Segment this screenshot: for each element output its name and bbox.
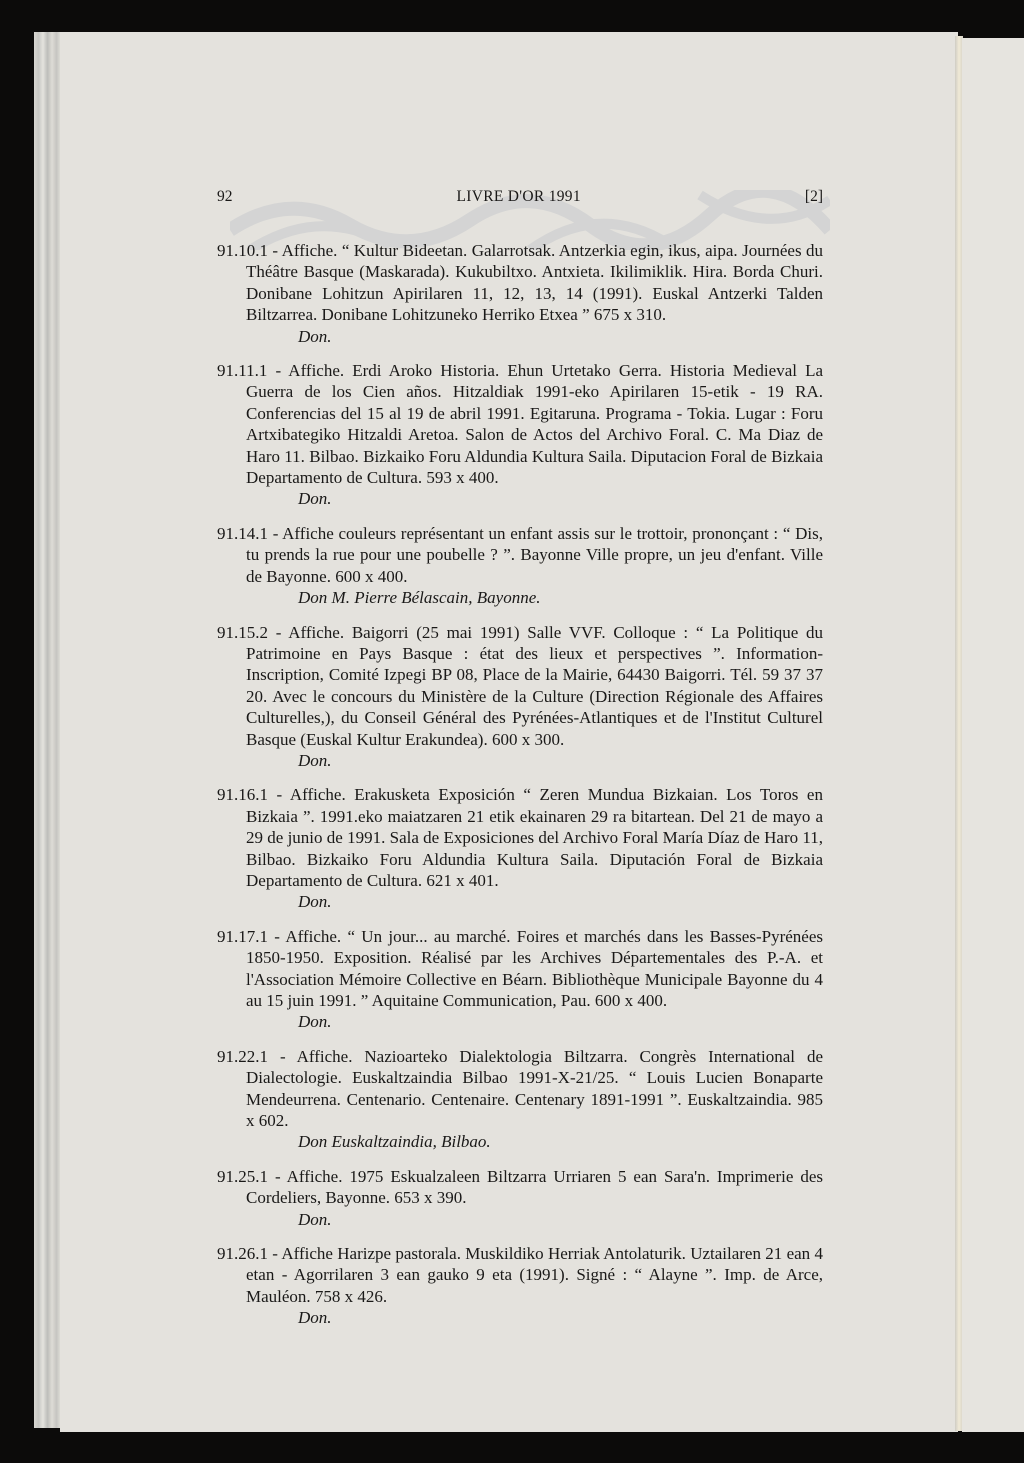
entry-number: 91.22.1 — [217, 1047, 268, 1066]
catalog-entry: 91.15.2 - Affiche. Baigorri (25 mai 1991… — [217, 622, 823, 772]
catalog-entry: 91.14.1 - Affiche couleurs représentant … — [217, 523, 823, 609]
entry-description: Affiche. “ Un jour... au marché. Foires … — [246, 927, 823, 1010]
entry-description: Affiche. 1975 Eskualzaleen Biltzarra Urr… — [246, 1167, 823, 1207]
entry-donor: Don M. Pierre Bélascain, Bayonne. — [217, 587, 823, 608]
facing-page-edge — [962, 38, 1024, 1432]
catalog-entry: 91.25.1 - Affiche. 1975 Eskualzaleen Bil… — [217, 1166, 823, 1230]
entry-donor: Don. — [217, 1011, 823, 1032]
entry-donor: Don. — [217, 1209, 823, 1230]
catalog-entry: 91.10.1 - Affiche. “ Kultur Bideetan. Ga… — [217, 240, 823, 347]
catalog-entry: 91.16.1 - Affiche. Erakusketa Exposición… — [217, 784, 823, 912]
page-content: 92 LIVRE D'OR 1991 [2] 91.10.1 - Affiche… — [217, 188, 823, 1342]
entry-donor: Don. — [217, 326, 823, 347]
entry-description: Affiche Harizpe pastorala. Muskildiko He… — [246, 1244, 823, 1306]
section-marker: [2] — [805, 188, 823, 206]
entry-donor: Don Euskaltzaindia, Bilbao. — [217, 1131, 823, 1152]
entry-donor: Don. — [217, 891, 823, 912]
catalog-entry: 91.17.1 - Affiche. “ Un jour... au march… — [217, 926, 823, 1033]
entry-description: Affiche. Erdi Aroko Historia. Ehun Urtet… — [246, 361, 823, 487]
entry-number: 91.15.2 — [217, 623, 268, 642]
entry-number: 91.11.1 — [217, 361, 267, 380]
catalog-entry: 91.26.1 - Affiche Harizpe pastorala. Mus… — [217, 1243, 823, 1329]
entry-number: 91.25.1 — [217, 1167, 268, 1186]
entry-description: Affiche. Baigorri (25 mai 1991) Salle VV… — [246, 623, 823, 749]
entry-number: 91.26.1 — [217, 1244, 268, 1263]
running-head: 92 LIVRE D'OR 1991 [2] — [217, 188, 823, 240]
entry-description: Affiche. Erakusketa Exposición “ Zeren M… — [246, 785, 823, 890]
entry-description: Affiche. “ Kultur Bideetan. Galarrotsak.… — [246, 241, 823, 324]
entry-donor: Don. — [217, 750, 823, 771]
entry-donor: Don. — [217, 488, 823, 509]
catalog-entry: 91.22.1 - Affiche. Nazioarteko Dialektol… — [217, 1046, 823, 1153]
entry-number: 91.16.1 — [217, 785, 268, 804]
entry-description: Affiche couleurs représentant un enfant … — [246, 524, 823, 586]
entry-description: Affiche. Nazioarteko Dialektologia Biltz… — [246, 1047, 823, 1130]
page-number: 92 — [217, 188, 233, 206]
running-title: LIVRE D'OR 1991 — [457, 188, 581, 206]
entry-number: 91.17.1 — [217, 927, 268, 946]
entry-donor: Don. — [217, 1307, 823, 1328]
entry-number: 91.14.1 — [217, 524, 268, 543]
entry-number: 91.10.1 — [217, 241, 268, 260]
catalog-entry: 91.11.1 - Affiche. Erdi Aroko Historia. … — [217, 360, 823, 510]
